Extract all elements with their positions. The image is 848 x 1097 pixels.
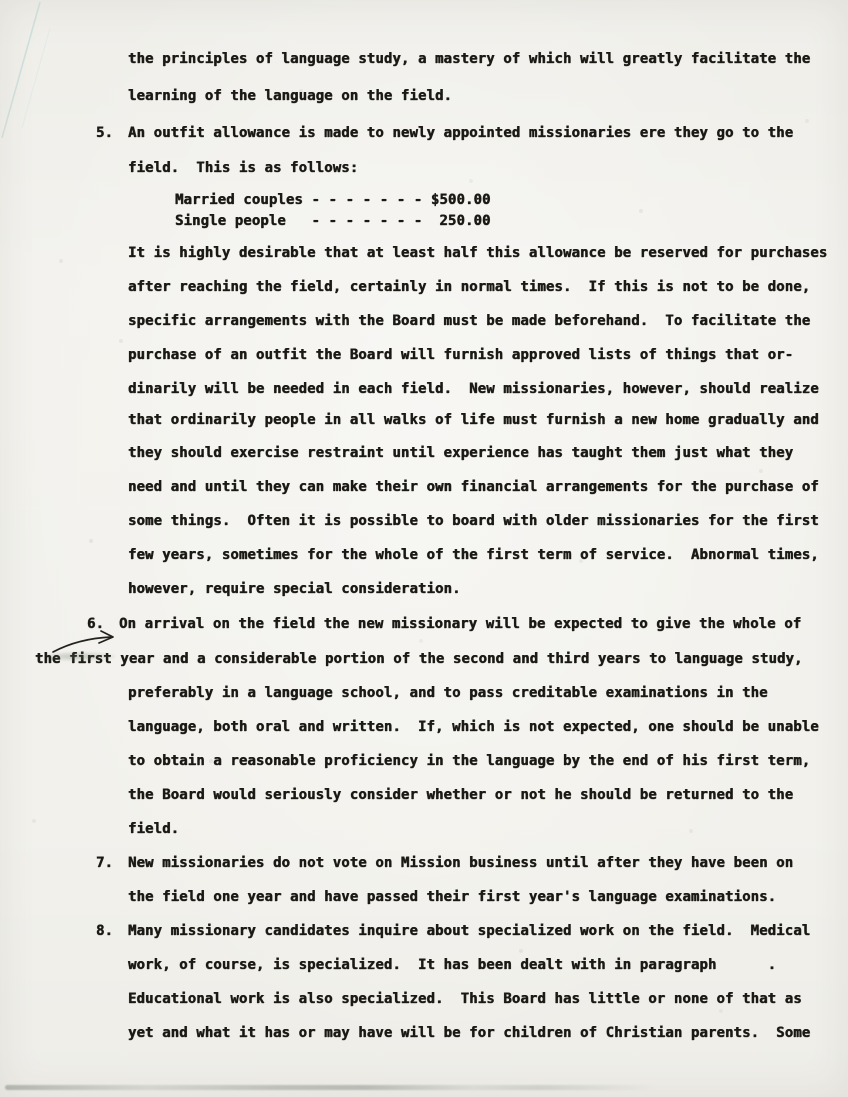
typed-line: language, both oral and written. If, whi… bbox=[128, 719, 819, 736]
typed-line: Single people - - - - - - - 250.00 bbox=[175, 213, 491, 230]
item-number: 8. bbox=[96, 923, 113, 940]
typed-line: dinarily will be needed in each field. N… bbox=[128, 381, 819, 398]
typed-line: the principles of language study, a mast… bbox=[128, 51, 810, 68]
typed-line: specific arrangements with the Board mus… bbox=[128, 313, 810, 330]
document-page: the principles of language study, a mast… bbox=[0, 0, 848, 1097]
typed-line: field. This is as follows: bbox=[128, 160, 358, 177]
handwritten-arrow-icon bbox=[50, 628, 124, 658]
typed-line: Educational work is also specialized. Th… bbox=[128, 991, 802, 1008]
typed-line: 6.On arrival on the field the new missio… bbox=[119, 616, 801, 633]
typed-line: that ordinarily people in all walks of l… bbox=[128, 412, 819, 429]
typed-line: purchase of an outfit the Board will fur… bbox=[128, 347, 793, 364]
typed-line: work, of course, is specialized. It has … bbox=[128, 957, 776, 974]
typed-line: yet and what it has or may have will be … bbox=[128, 1025, 810, 1042]
typed-line: preferably in a language school, and to … bbox=[128, 685, 768, 702]
typed-line: 7.New missionaries do not vote on Missio… bbox=[128, 855, 793, 872]
typed-line: the Board would seriously consider wheth… bbox=[128, 787, 793, 804]
typed-line: field. bbox=[128, 821, 179, 838]
typed-line: however, require special consideration. bbox=[128, 581, 461, 598]
typed-line: after reaching the field, certainly in n… bbox=[128, 279, 810, 296]
typed-line: they should exercise restraint until exp… bbox=[128, 445, 793, 462]
typed-line: Married couples - - - - - - - $500.00 bbox=[175, 192, 491, 209]
bottom-edge-smudge bbox=[5, 1085, 655, 1090]
item-number: 7. bbox=[96, 855, 113, 872]
typed-line: 8.Many missionary candidates inquire abo… bbox=[128, 923, 810, 940]
typed-line: It is highly desirable that at least hal… bbox=[128, 245, 827, 262]
paper-speckles bbox=[0, 0, 2, 2]
typed-line: need and until they can make their own f… bbox=[128, 479, 819, 496]
typed-text-layer: the principles of language study, a mast… bbox=[0, 0, 848, 1097]
typed-line: some things. Often it is possible to boa… bbox=[128, 513, 819, 530]
typed-line: few years, sometimes for the whole of th… bbox=[128, 547, 819, 564]
typed-line: 5.An outfit allowance is made to newly a… bbox=[128, 125, 793, 142]
typed-line: the first year and a considerable portio… bbox=[35, 651, 803, 668]
typed-line: learning of the language on the field. bbox=[128, 88, 452, 105]
typed-line: the field one year and have passed their… bbox=[128, 889, 776, 906]
typed-line: to obtain a reasonable proficiency in th… bbox=[128, 753, 810, 770]
item-number: 5. bbox=[96, 125, 113, 142]
